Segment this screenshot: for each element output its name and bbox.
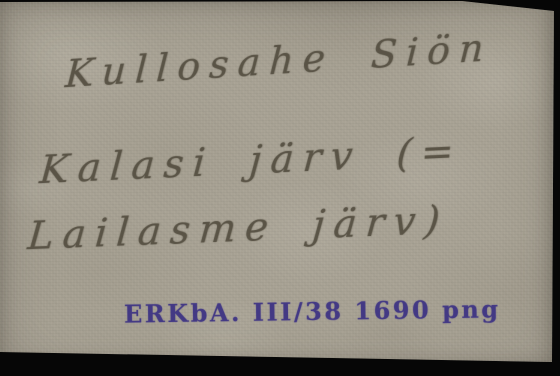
scanned-card-photo: Kullosahe Siön Kalasi järv (= Lailasme j…	[0, 0, 560, 376]
handwriting-line-2: Kalasi järv (=	[38, 129, 464, 193]
handwriting-line-3: Lailasme järv)	[26, 198, 451, 259]
archive-stamp: ERKbA. III/38 1690 png	[124, 294, 501, 328]
paper-card: Kullosahe Siön Kalasi järv (= Lailasme j…	[0, 0, 560, 376]
handwriting-line-1: Kullosahe Siön	[64, 25, 494, 96]
